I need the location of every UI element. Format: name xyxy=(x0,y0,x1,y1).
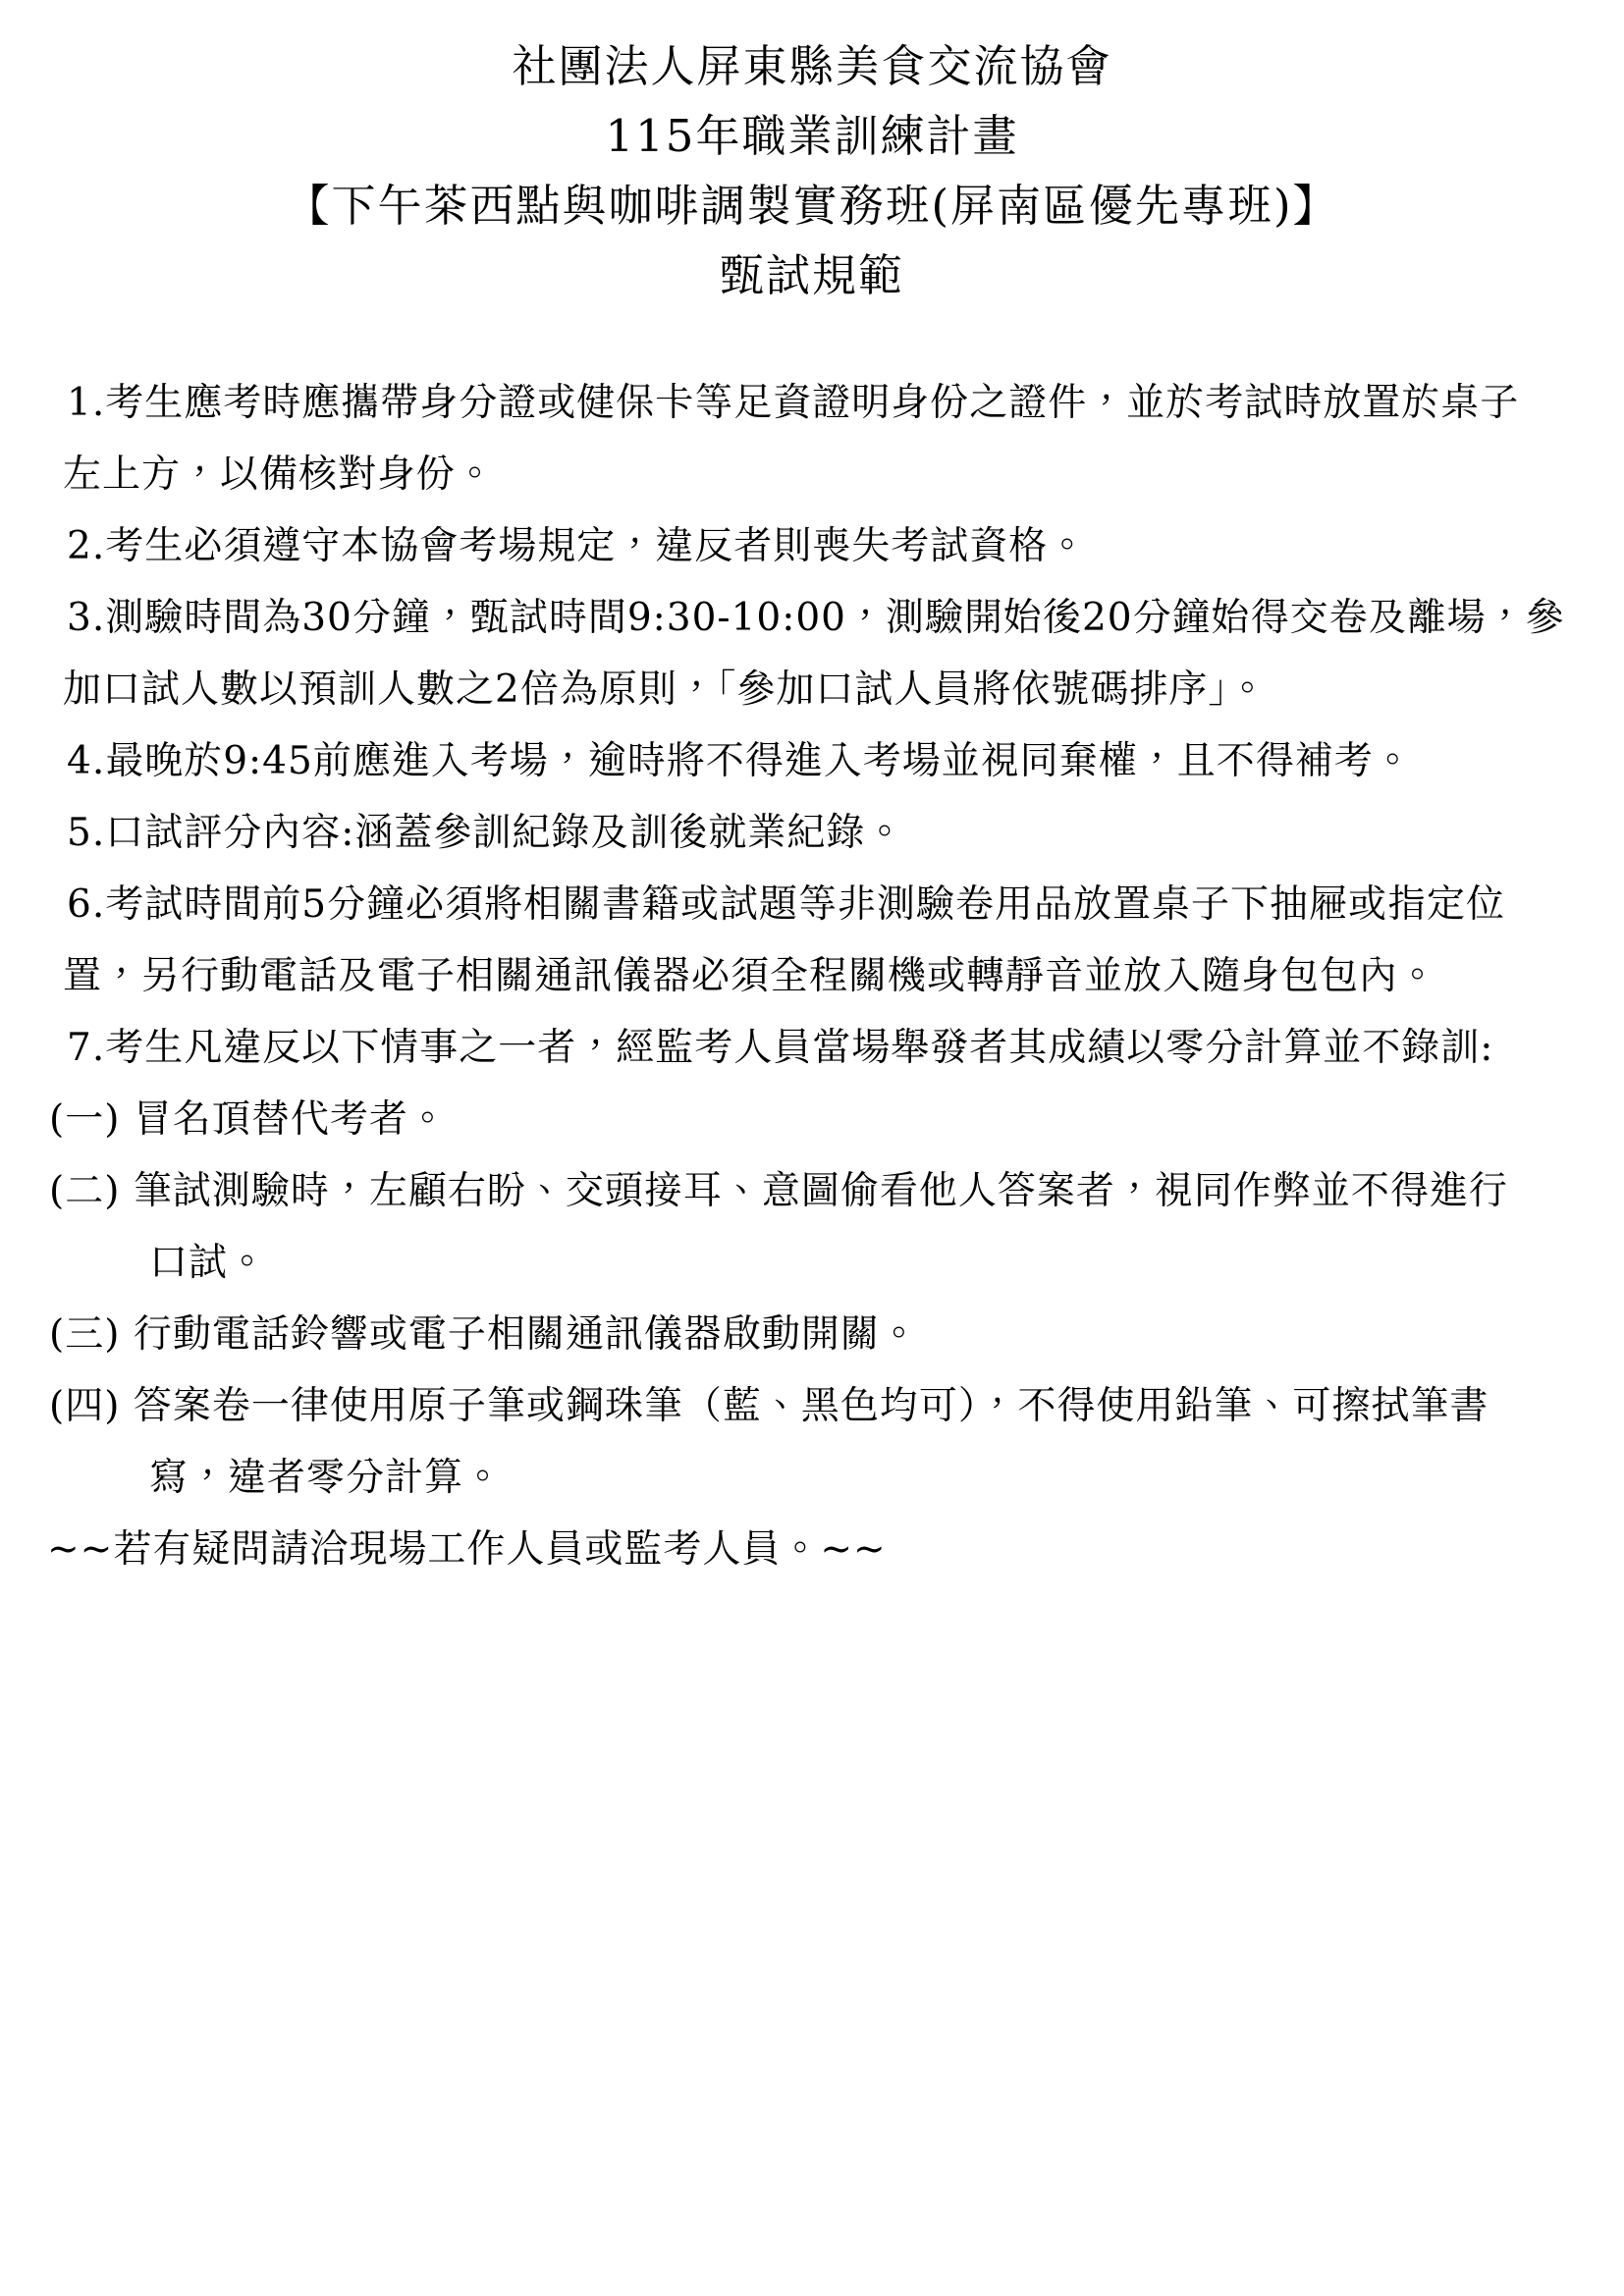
rule-7-sub-2-line-1: (二) 筆試測驗時，左顧右盼、交頭接耳、意圖偷看他人答案者，視同作弊並不得進行 xyxy=(0,1155,1624,1227)
rule-3-line-1: 3.測驗時間為30分鐘，甄試時間9:30-10:00，測驗開始後20分鐘始得交卷… xyxy=(0,582,1624,654)
rule-1-line-1: 1.考生應考時應攜帶身分證或健保卡等足資證明身份之證件，並於考試時放置於桌子 xyxy=(0,367,1624,439)
rules-body: 1.考生應考時應攜帶身分證或健保卡等足資證明身份之證件，並於考試時放置於桌子 左… xyxy=(0,367,1624,1585)
rule-7-sub-1: (一) 冒名頂替代考者。 xyxy=(0,1084,1624,1155)
training-plan-title: 115年職業訓練計畫 xyxy=(0,101,1624,171)
class-name-title: 【下午茶西點與咖啡調製實務班(屏南區優先專班)】 xyxy=(0,171,1624,240)
rule-7-sub-4-line-1: (四) 答案卷一律使用原子筆或鋼珠筆（藍、黑色均可），不得使用鉛筆、可擦拭筆書 xyxy=(0,1370,1624,1442)
rule-6-line-2: 置，另行動電話及電子相關通訊儀器必須全程關機或轉靜音並放入隨身包包內。 xyxy=(0,940,1624,1012)
rule-5: 5.口試評分內容:涵蓋參訓紀錄及訓後就業紀錄。 xyxy=(0,797,1624,869)
rule-6-line-1: 6.考試時間前5分鐘必須將相關書籍或試題等非測驗卷用品放置桌子下抽屜或指定位 xyxy=(0,869,1624,940)
footer-note: ~~若有疑問請洽現場工作人員或監考人員。~~ xyxy=(0,1514,1624,1585)
rule-7-sub-4-line-2: 寫，違者零分計算。 xyxy=(0,1442,1624,1514)
rule-2: 2.考生必須遵守本協會考場規定，違反者則喪失考試資格。 xyxy=(0,510,1624,582)
document-page: 社團法人屏東縣美食交流協會 115年職業訓練計畫 【下午茶西點與咖啡調製實務班(… xyxy=(0,0,1624,2296)
org-name-title: 社團法人屏東縣美食交流協會 xyxy=(0,31,1624,101)
rule-7: 7.考生凡違反以下情事之一者，經監考人員當場舉發者其成績以零分計算並不錄訓: xyxy=(0,1012,1624,1084)
rule-7-sub-2-line-2: 口試。 xyxy=(0,1227,1624,1299)
document-header: 社團法人屏東縣美食交流協會 115年職業訓練計畫 【下午茶西點與咖啡調製實務班(… xyxy=(0,0,1624,310)
rule-7-sub-3: (三) 行動電話鈴響或電子相關通訊儀器啟動開關。 xyxy=(0,1299,1624,1370)
rule-1-line-2: 左上方，以備核對身份。 xyxy=(0,439,1624,510)
rule-3-line-2: 加口試人數以預訓人數之2倍為原則，「參加口試人員將依號碼排序」。 xyxy=(0,654,1624,725)
rule-4: 4.最晚於9:45前應進入考場，逾時將不得進入考場並視同棄權，且不得補考。 xyxy=(0,725,1624,797)
doc-subtitle: 甄試規範 xyxy=(0,240,1624,310)
